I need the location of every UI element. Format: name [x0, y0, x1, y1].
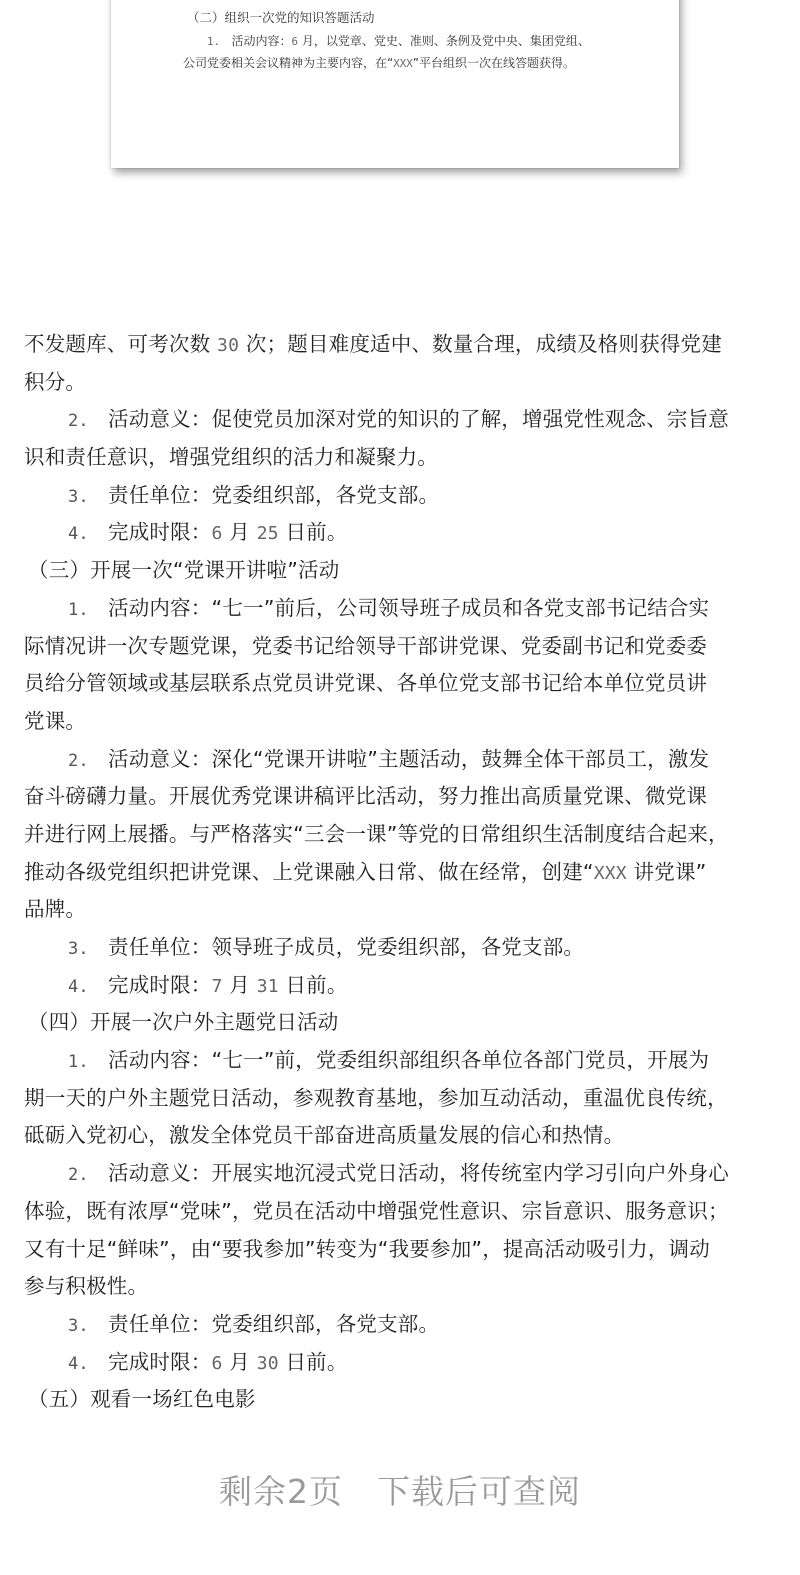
paragraph-line: 并进行网上展播。与严格落实“三会一课”等党的日常组织生活制度结合起来， [24, 816, 784, 854]
text: 责任单位：领导班子成员，党委组织部，各党支部。 [108, 935, 584, 959]
list-item: 2.活动意义：深化“党课开讲啦”主题活动，鼓舞全体干部员工，激发 [24, 741, 784, 779]
text: 不发题库、可考次数 [24, 332, 210, 356]
list-item: 3.责任单位：党委组织部，各党支部。 [24, 1306, 784, 1344]
item-number: 3. [68, 1308, 108, 1346]
text: 月 [229, 973, 250, 997]
list-item: 4.完成时限：6 月 30 日前。 [24, 1344, 784, 1382]
deadline-month: 7 [212, 976, 223, 997]
item-number: 1. [68, 1044, 108, 1082]
deadline-month: 6 [212, 523, 223, 544]
list-item: 3.责任单位：领导班子成员，党委组织部，各党支部。 [24, 929, 784, 967]
preview-page-card: ━━━━ ━━━━━ ━━━ ━━━━ （二）组织一次党的知识答题活动 1. 活… [111, 0, 679, 168]
paragraph-line: 品牌。 [24, 891, 784, 929]
preview-section-heading: （二）组织一次党的知识答题活动 [187, 8, 375, 26]
text: 活动内容：“七一”前，党委组织部组织各单位各部门党员，开展为 [108, 1048, 709, 1072]
item-number: 2. [68, 1157, 108, 1195]
brand-placeholder: XXX [594, 863, 627, 884]
list-item: 2.活动意义：促使党员加深对党的知识的了解，增强党性观念、宗旨意 [24, 401, 784, 439]
paragraph-line: 不发题库、可考次数 30 次；题目难度适中、数量合理，成绩及格则获得党建 [24, 326, 784, 364]
paragraph-line: 推动各级党组织把讲党课、上党课融入日常、做在经常，创建“XXX 讲党课” [24, 854, 784, 892]
item-number: 2. [68, 403, 108, 441]
item-number: 3. [68, 479, 108, 517]
text: 活动意义：促使党员加深对党的知识的了解，增强党性观念、宗旨意 [108, 407, 729, 431]
item-number: 1. [68, 592, 108, 630]
list-item: 4.完成时限：7 月 31 日前。 [24, 967, 784, 1005]
paragraph-line: 积分。 [24, 364, 784, 402]
text: 讲党课” [627, 860, 707, 884]
text: 活动意义：深化“党课开讲啦”主题活动，鼓舞全体干部员工，激发 [108, 747, 709, 771]
paragraph-line: 际情况讲一次专题党课，党委书记给领导干部讲党课、党委副书记和党委委 [24, 628, 784, 666]
item-number: 2. [68, 743, 108, 781]
paragraph-line: 奋斗磅礴力量。开展优秀党课讲稿评比活动，努力推出高质量党课、微党课 [24, 778, 784, 816]
text: 日前。 [285, 520, 347, 544]
list-item: 3.责任单位：党委组织部，各党支部。 [24, 477, 784, 515]
item-number: 4. [68, 969, 108, 1007]
paragraph-line: 又有十足“鲜味”，由“要我参加”转变为“我要参加”，提高活动吸引力，调动 [24, 1231, 784, 1269]
list-item: 2.活动意义：开展实地沉浸式党日活动，将传统室内学习引向户外身心 [24, 1155, 784, 1193]
section-heading: （五）观看一场红色电影 [24, 1381, 784, 1419]
text: 月 [229, 520, 250, 544]
paragraph-line: 员给分管领域或基层联系点党员讲党课、各单位党支部书记给本单位党员讲 [24, 665, 784, 703]
section-heading: （三）开展一次“党课开讲啦”活动 [24, 552, 784, 590]
preview-item-line: 公司党委相关会议精神为主要内容，在“XXX”平台组织一次在线答题获得。 [183, 54, 575, 71]
deadline-month: 6 [212, 1353, 223, 1374]
paragraph-line: 期一天的户外主题党日活动，参观教育基地，参加互动活动，重温优良传统， [24, 1080, 784, 1118]
text: 活动意义：开展实地沉浸式党日活动，将传统室内学习引向户外身心 [108, 1161, 729, 1185]
list-item: 1.活动内容：“七一”前，党委组织部组织各单位各部门党员，开展为 [24, 1042, 784, 1080]
preview-item-number: 1. [207, 35, 220, 48]
text: 日前。 [285, 973, 347, 997]
remaining-pages-notice[interactable]: 剩余2页下载后可查阅 [0, 1466, 800, 1513]
preview-platform: XXX [393, 57, 413, 70]
section-heading: （四）开展一次户外主题党日活动 [24, 1004, 784, 1042]
preview-month: 6 [291, 35, 298, 48]
text: 日前。 [285, 1350, 347, 1374]
download-hint-label: 下载后可查阅 [377, 1472, 581, 1511]
paragraph-line: 砥砺入党初心，激发全体党员干部奋进高质量发展的信心和热情。 [24, 1117, 784, 1155]
list-item: 1.活动内容：“七一”前后，公司领导班子成员和各党支部书记结合实 [24, 590, 784, 628]
text: 完成时限： [108, 1350, 212, 1374]
paragraph-line: 党课。 [24, 703, 784, 741]
preview-text: 公司党委相关会议精神为主要内容，在“ [183, 56, 393, 70]
attempt-count: 30 [217, 335, 239, 356]
text: 完成时限： [108, 973, 212, 997]
list-item: 4.完成时限：6 月 25 日前。 [24, 514, 784, 552]
paragraph-line: 识和责任意识，增强党组织的活力和凝聚力。 [24, 439, 784, 477]
deadline-day: 30 [257, 1353, 279, 1374]
item-number: 4. [68, 516, 108, 554]
deadline-day: 25 [257, 523, 279, 544]
item-number: 4. [68, 1346, 108, 1384]
text: 责任单位：党委组织部，各党支部。 [108, 1312, 439, 1336]
text: 责任单位：党委组织部，各党支部。 [108, 483, 439, 507]
remaining-pages-label: 剩余2页 [219, 1472, 343, 1511]
preview-text: 月，以党章、党史、准则、条例及党中央、集团党组、 [302, 34, 590, 48]
paragraph-line: 参与积极性。 [24, 1268, 784, 1306]
document-body: 不发题库、可考次数 30 次；题目难度适中、数量合理，成绩及格则获得党建 积分。… [24, 326, 784, 1419]
text: 次；题目难度适中、数量合理，成绩及格则获得党建 [246, 332, 722, 356]
preview-item-line: 1. 活动内容：6 月，以党章、党史、准则、条例及党中央、集团党组、 [207, 32, 590, 49]
text: 推动各级党组织把讲党课、上党课融入日常、做在经常，创建“ [24, 860, 594, 884]
text: 月 [229, 1350, 250, 1374]
item-number: 3. [68, 931, 108, 969]
text: 完成时限： [108, 520, 212, 544]
preview-text: ”平台组织一次在线答题获得。 [413, 56, 575, 70]
deadline-day: 31 [257, 976, 279, 997]
paragraph-line: 体验，既有浓厚“党味”，党员在活动中增强党性意识、宗旨意识、服务意识； [24, 1193, 784, 1231]
text: 活动内容：“七一”前后，公司领导班子成员和各党支部书记结合实 [108, 596, 709, 620]
preview-text: 活动内容： [231, 34, 291, 48]
